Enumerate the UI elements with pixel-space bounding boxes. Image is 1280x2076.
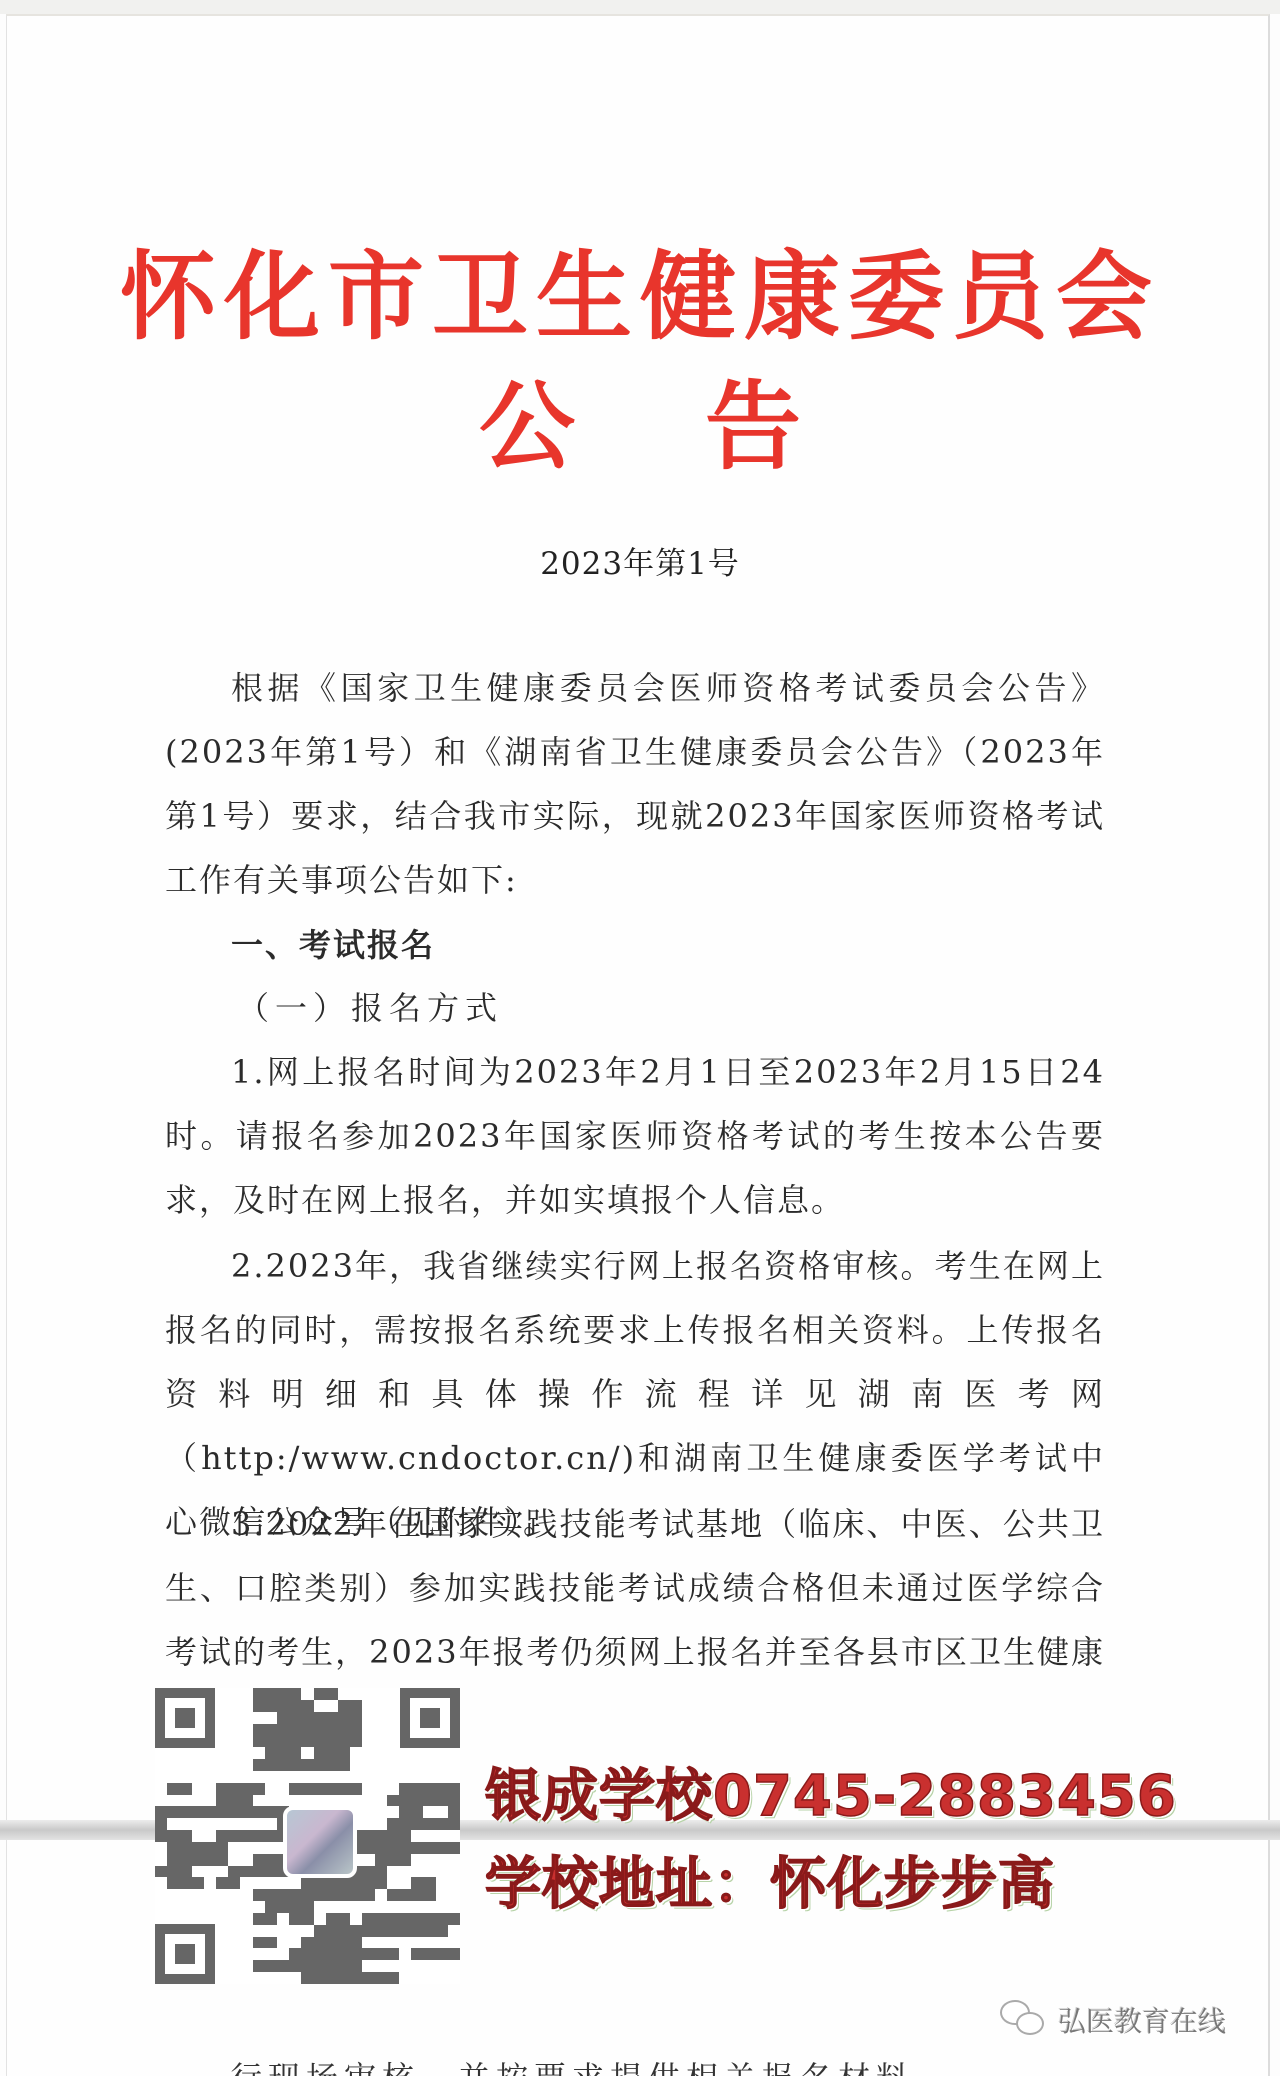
qr-finder-icon [155,1688,215,1748]
advert-address-line: 学校地址：怀化步步高 [485,1840,1055,1920]
section-heading-registration: 一、考试报名 [165,913,1105,977]
qr-finder-icon [400,1688,460,1748]
wechat-icon [1000,2000,1048,2040]
top-scan-edge [0,0,1280,14]
advert-phone-line: 银成学校0745-2883456 [485,1752,1177,1832]
watermark-account-name: 弘医教育在线 [1058,2000,1226,2040]
cut-off-text-line: 行现场审核，并按要求提供相关报名材料。 [230,2058,952,2076]
issuer-title: 怀化市卫生健康委员会 [0,242,1280,352]
document-type-title: 公告 [0,372,1280,482]
qr-finder-icon [155,1924,215,1984]
subsection-heading-method: （一）报名方式 [165,976,1105,1040]
wechat-watermark: 弘医教育在线 [1000,2000,1226,2040]
item-1-paragraph: 1.网上报名时间为2023年2月1日至2023年2月15日24时。请报名参加20… [165,1040,1105,1232]
document-number: 2023年第1号 [0,538,1280,583]
qr-code[interactable] [155,1688,460,1984]
intro-paragraph: 根据《国家卫生健康委员会医师资格考试委员会公告》(2023年第1号）和《湖南省卫… [165,656,1105,912]
qr-avatar-logo [283,1806,357,1878]
